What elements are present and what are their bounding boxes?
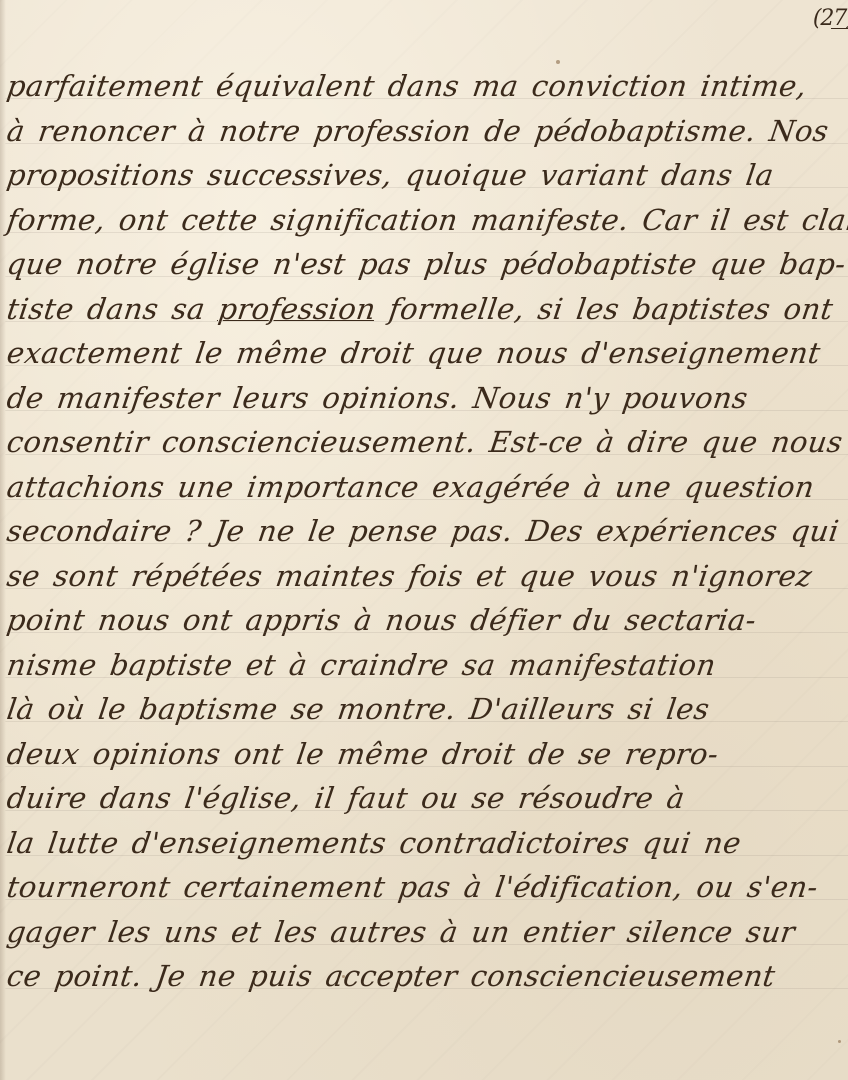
text-line: point nous ont appris à nous défier du s… — [4, 598, 848, 643]
text-line: ce point. Je ne puis accepter conscienci… — [4, 954, 848, 999]
text-line: parfaitement équivalent dans ma convicti… — [4, 64, 848, 109]
text-line: secondaire ? Je ne le pense pas. Des exp… — [4, 509, 848, 554]
text-line: que notre église n'est pas plus pédobapt… — [4, 242, 848, 287]
text-line: attachions une importance exagérée à une… — [4, 465, 848, 510]
text-line: exactement le même droit que nous d'ense… — [4, 331, 848, 376]
text-line: nisme baptiste et à craindre sa manifest… — [4, 643, 848, 688]
underlined-word: profession — [216, 292, 378, 326]
text-line: là où le baptisme se montre. D'ailleurs … — [4, 687, 848, 732]
text-line: deux opinions ont le même droit de se re… — [4, 732, 848, 777]
text-line-underlined: tiste dans sa profession formelle, si le… — [4, 287, 848, 332]
text-line: propositions successives, quoique varian… — [4, 153, 848, 198]
text-line: à renoncer à notre profession de pédobap… — [4, 109, 848, 154]
text-line: la lutte d'enseignements contradictoires… — [4, 821, 848, 866]
text-line: consentir consciencieusement. Est-ce à d… — [4, 420, 848, 465]
paper-speck — [556, 60, 560, 64]
manuscript-page: (27) parfaitement équivalent dans ma con… — [0, 0, 848, 1080]
paper-speck — [342, 975, 345, 978]
text-line: de manifester leurs opinions. Nous n'y p… — [4, 376, 848, 421]
manuscript-text: parfaitement équivalent dans ma convicti… — [4, 64, 848, 999]
text-segment: formelle, si les baptistes ont — [373, 292, 835, 326]
paper-speck — [838, 1040, 841, 1043]
text-line: gager les uns et les autres à un entier … — [4, 910, 848, 955]
text-segment: tiste dans sa — [5, 292, 221, 326]
page-number: (27) — [813, 6, 848, 31]
text-line: duire dans l'église, il faut ou se résou… — [4, 776, 848, 821]
text-line: forme, ont cette signification manifeste… — [4, 198, 848, 243]
text-line: tourneront certainement pas à l'édificat… — [4, 865, 848, 910]
text-line: se sont répétées maintes fois et que vou… — [4, 554, 848, 599]
